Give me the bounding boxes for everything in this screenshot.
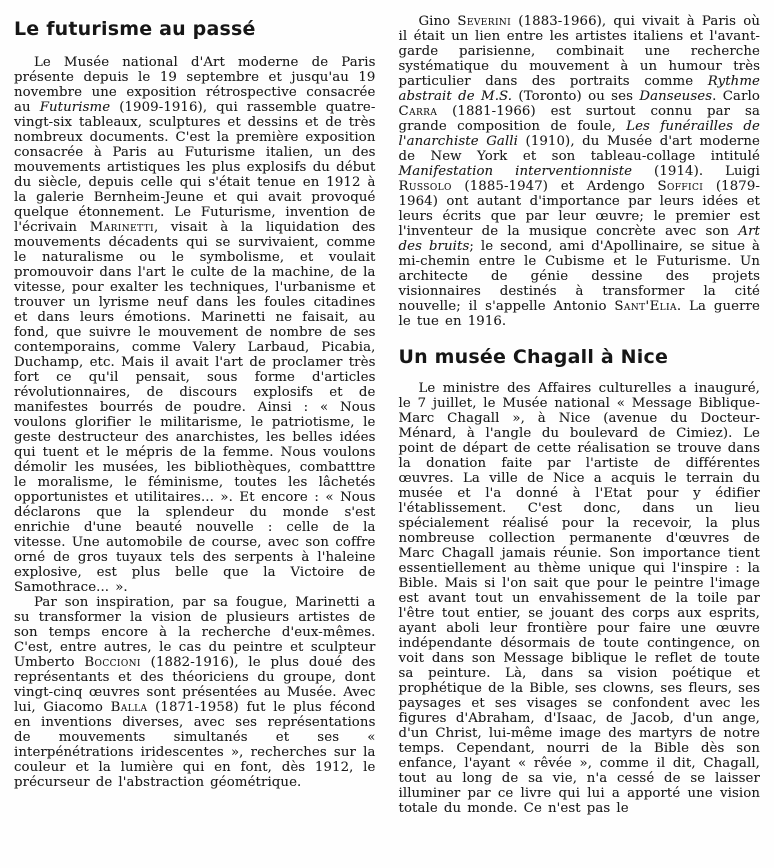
text-segment: (1885-1947) et Ardengo [452,179,658,194]
smallcaps-name: Carra [399,104,438,119]
smallcaps-name: Russolo [399,179,452,194]
two-column-layout: Le futurisme au passéLe Musée national d… [14,14,760,816]
smallcaps-name: Severini [457,14,511,29]
section-heading: Le futurisme au passé [14,18,376,40]
paragraph: Par son inspiration, par sa fougue, Mari… [14,595,376,790]
text-segment: (1914). Luigi [632,164,760,179]
text-segment: Gino [418,14,457,29]
scanned-article-page: Le futurisme au passéLe Musée national d… [0,0,774,868]
text-segment: Le ministre des Affaires culturelles a i… [399,381,761,816]
italic-text: Futurisme [40,100,111,115]
column-left: Le futurisme au passéLe Musée national d… [14,14,376,790]
text-segment: , visait à la liquidation des mouvements… [14,220,376,595]
text-segment: (1909-1916), qui rassemble quatre-vingt-… [14,100,376,235]
italic-text: Manifestation interventionniste [399,164,633,179]
smallcaps-name: Soffici [657,179,703,194]
paragraph: Le ministre des Affaires culturelles a i… [399,381,761,816]
text-segment: . Carlo [712,89,760,104]
smallcaps-name: Marinetti [90,220,154,235]
section-heading: Un musée Chagall à Nice [399,346,761,368]
smallcaps-name: Sant'Elia [614,299,676,314]
smallcaps-name: Boccioni [84,655,141,670]
italic-text: Danseuses [639,89,712,104]
smallcaps-name: Balla [111,700,148,715]
paragraph: Gino Severini (1883-1966), qui vivait à … [399,14,761,329]
column-right: Gino Severini (1883-1966), qui vivait à … [399,14,761,816]
paragraph: Le Musée national d'Art moderne de Paris… [14,55,376,595]
text-segment: (Toronto) ou ses [512,89,639,104]
